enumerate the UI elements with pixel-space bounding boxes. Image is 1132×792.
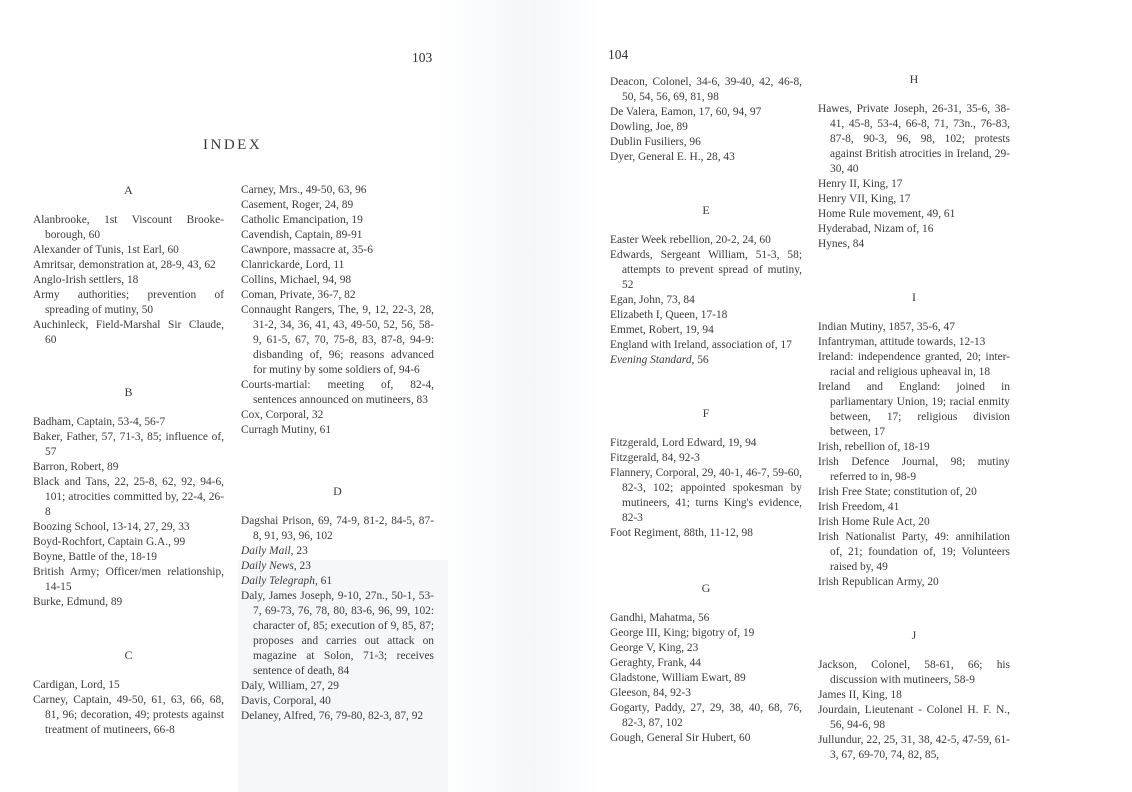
index-entry: Egan, John, 73, 84 (610, 293, 802, 308)
index-entry: Boozing School, 13-14, 27, 29, 33 (33, 520, 224, 535)
index-entry: Jourdain, Lieutenant - Colonel H. F. N.,… (818, 703, 1010, 733)
index-entry: Jullundur, 22, 25, 31, 38, 42-5, 47-59, … (818, 733, 1010, 763)
section-letter-j: J (818, 628, 1010, 643)
index-entry: Connaught Rangers, The, 9, 12, 22-3, 28,… (241, 303, 434, 378)
index-entry: Fitzgerald, Lord Edward, 19, 94 (610, 436, 802, 451)
index-entry: Geraghty, Frank, 44 (610, 656, 802, 671)
index-entry: George V, King, 23 (610, 641, 802, 656)
index-entry: Davis, Corporal, 40 (241, 694, 434, 709)
index-entry: Courts-martial: meeting of, 82-4, senten… (241, 378, 434, 408)
section-letter-i: I (818, 290, 1010, 305)
index-entry: Irish Home Rule Act, 20 (818, 515, 1010, 530)
index-entry: Clanrickarde, Lord, 11 (241, 258, 434, 273)
index-entry: Henry VII, King, 17 (818, 192, 1010, 207)
index-entry: Ireland and England: joined in parliamen… (818, 380, 1010, 440)
index-entry: James II, King, 18 (818, 688, 1010, 703)
index-entry: Casement, Roger, 24, 89 (241, 198, 434, 213)
index-heading: INDEX (203, 137, 262, 154)
page-refs: , 61 (315, 575, 332, 587)
index-entry: Army authorities; prevention of spreadin… (33, 288, 224, 318)
index-entry: Foot Regiment, 88th, 11-12, 98 (610, 526, 802, 541)
index-entry: Deacon, Colonel, 34-6, 39-40, 42, 46-8, … (610, 75, 802, 105)
index-entry: Home Rule movement, 49, 61 (818, 207, 1010, 222)
index-entry: Edwards, Sergeant William, 51-3, 58; att… (610, 248, 802, 293)
index-entry: Infantryman, attitude towards, 12-13 (818, 335, 1010, 350)
section-letter-d: D (241, 484, 434, 499)
index-column-4: H Hawes, Private Joseph, 26-31, 35-6, 38… (818, 72, 1010, 763)
index-entry: Irish, rebellion of, 18-19 (818, 440, 1010, 455)
section-letter-f: F (610, 406, 802, 421)
publication-title: Daily Mail (241, 545, 291, 557)
index-entry: Daily News, 23 (241, 559, 434, 574)
index-entry: Catholic Emancipation, 19 (241, 213, 434, 228)
section-letter-c: C (33, 648, 224, 663)
index-entry: Barron, Robert, 89 (33, 460, 224, 475)
index-entry: Auchinleck, Field-Marshal Sir Claude, 60 (33, 318, 224, 348)
section-letter-g: G (610, 581, 802, 596)
page-gutter (440, 0, 600, 792)
publication-title: Evening Standard (610, 354, 692, 366)
index-entry: Gladstone, William Ewart, 89 (610, 671, 802, 686)
index-entry: Badham, Captain, 53-4, 56-7 (33, 415, 224, 430)
index-entry: Coman, Private, 36-7, 82 (241, 288, 434, 303)
index-entry: Irish Republican Army, 20 (818, 575, 1010, 590)
page-number-left: 103 (412, 50, 432, 66)
index-entry: Baker, Father, 57, 71-3, 85; influence o… (33, 430, 224, 460)
index-entry: Delaney, Alfred, 76, 79-80, 82-3, 87, 92 (241, 709, 434, 724)
index-entry: Emmet, Robert, 19, 94 (610, 323, 802, 338)
index-entry: Alexander of Tunis, 1st Earl, 60 (33, 243, 224, 258)
index-entry: Dagshai Prison, 69, 74-9, 81-2, 84-5, 87… (241, 514, 434, 544)
index-entry: Henry II, King, 17 (818, 177, 1010, 192)
index-entry: Irish Defence Journal, 98; mutiny referr… (818, 455, 1010, 485)
index-entry: Cavendish, Captain, 89-91 (241, 228, 434, 243)
index-entry: Carney, Mrs., 49-50, 63, 96 (241, 183, 434, 198)
page-refs: , 23 (291, 545, 308, 557)
index-entry: Jackson, Colonel, 58-61, 66; his discuss… (818, 658, 1010, 688)
index-entry: Dyer, General E. H., 28, 43 (610, 150, 802, 165)
index-entry: Easter Week rebellion, 20-2, 24, 60 (610, 233, 802, 248)
index-entry: Indian Mutiny, 1857, 35-6, 47 (818, 320, 1010, 335)
page-number-right: 104 (608, 47, 628, 63)
publication-title: Daily News (241, 560, 294, 572)
index-entry: Curragh Mutiny, 61 (241, 423, 434, 438)
index-entry: Daly, William, 27, 29 (241, 679, 434, 694)
index-entry: Irish Freedom, 41 (818, 500, 1010, 515)
index-entry: Dublin Fusiliers, 96 (610, 135, 802, 150)
index-entry: Daily Telegraph, 61 (241, 574, 434, 589)
index-entry: Boyd-Rochfort, Captain G.A., 99 (33, 535, 224, 550)
index-entry: Flannery, Corporal, 29, 40-1, 46-7, 59-6… (610, 466, 802, 526)
index-entry: Daly, James Joseph, 9-10, 27n., 50-1, 53… (241, 589, 434, 679)
index-entry: Fitzgerald, 84, 92-3 (610, 451, 802, 466)
index-entry: Daily Mail, 23 (241, 544, 434, 559)
index-entry: England with Ireland, association of, 17 (610, 338, 802, 353)
page-refs: , 23 (294, 560, 311, 572)
section-letter-b: B (33, 385, 224, 400)
index-entry: Irish Nationalist Party, 49: annihilatio… (818, 530, 1010, 575)
index-entry: Boyne, Battle of the, 18-19 (33, 550, 224, 565)
index-entry: George III, King; bigotry of, 19 (610, 626, 802, 641)
section-letter-h: H (818, 72, 1010, 87)
index-entry: Collins, Michael, 94, 98 (241, 273, 434, 288)
page-refs: , 56 (692, 354, 709, 366)
index-entry: Black and Tans, 22, 25-8, 62, 92, 94-6, … (33, 475, 224, 520)
index-entry: Hawes, Private Joseph, 26-31, 35-6, 38-4… (818, 102, 1010, 177)
index-entry: Hynes, 84 (818, 237, 1010, 252)
book-spread: 103 INDEX A Alanbrooke, 1st Viscount Bro… (0, 0, 1132, 792)
index-entry: De Valera, Eamon, 17, 60, 94, 97 (610, 105, 802, 120)
index-column-2: Carney, Mrs., 49-50, 63, 96 Casement, Ro… (241, 183, 434, 724)
index-entry: Carney, Captain, 49-50, 61, 63, 66, 68, … (33, 693, 224, 738)
index-entry: Gough, General Sir Hubert, 60 (610, 731, 802, 746)
index-entry: Alanbrooke, 1st Viscount Brooke-borough,… (33, 213, 224, 243)
index-column-1: A Alanbrooke, 1st Viscount Brooke-boroug… (33, 183, 224, 738)
index-entry: Evening Standard, 56 (610, 353, 802, 368)
index-entry: Gandhi, Mahatma, 56 (610, 611, 802, 626)
index-entry: British Army; Officer/men relationship, … (33, 565, 224, 595)
index-entry: Cawnpore, massacre at, 35-6 (241, 243, 434, 258)
index-entry: Gleeson, 84, 92-3 (610, 686, 802, 701)
index-entry: Cardigan, Lord, 15 (33, 678, 224, 693)
index-entry: Amritsar, demonstration at, 28-9, 43, 62 (33, 258, 224, 273)
index-entry: Irish Free State; constitution of, 20 (818, 485, 1010, 500)
index-column-3: Deacon, Colonel, 34-6, 39-40, 42, 46-8, … (610, 75, 802, 746)
section-letter-a: A (33, 183, 224, 198)
index-entry: Gogarty, Paddy, 27, 29, 38, 40, 68, 76, … (610, 701, 802, 731)
index-entry: Ireland: independence granted, 20; inter… (818, 350, 1010, 380)
index-entry: Burke, Edmund, 89 (33, 595, 224, 610)
publication-title: Daily Telegraph (241, 575, 315, 587)
section-letter-e: E (610, 203, 802, 218)
index-entry: Anglo-Irish settlers, 18 (33, 273, 224, 288)
index-entry: Elizabeth I, Queen, 17-18 (610, 308, 802, 323)
index-entry: Dowling, Joe, 89 (610, 120, 802, 135)
index-entry: Cox, Corporal, 32 (241, 408, 434, 423)
index-entry: Hyderabad, Nizam of, 16 (818, 222, 1010, 237)
